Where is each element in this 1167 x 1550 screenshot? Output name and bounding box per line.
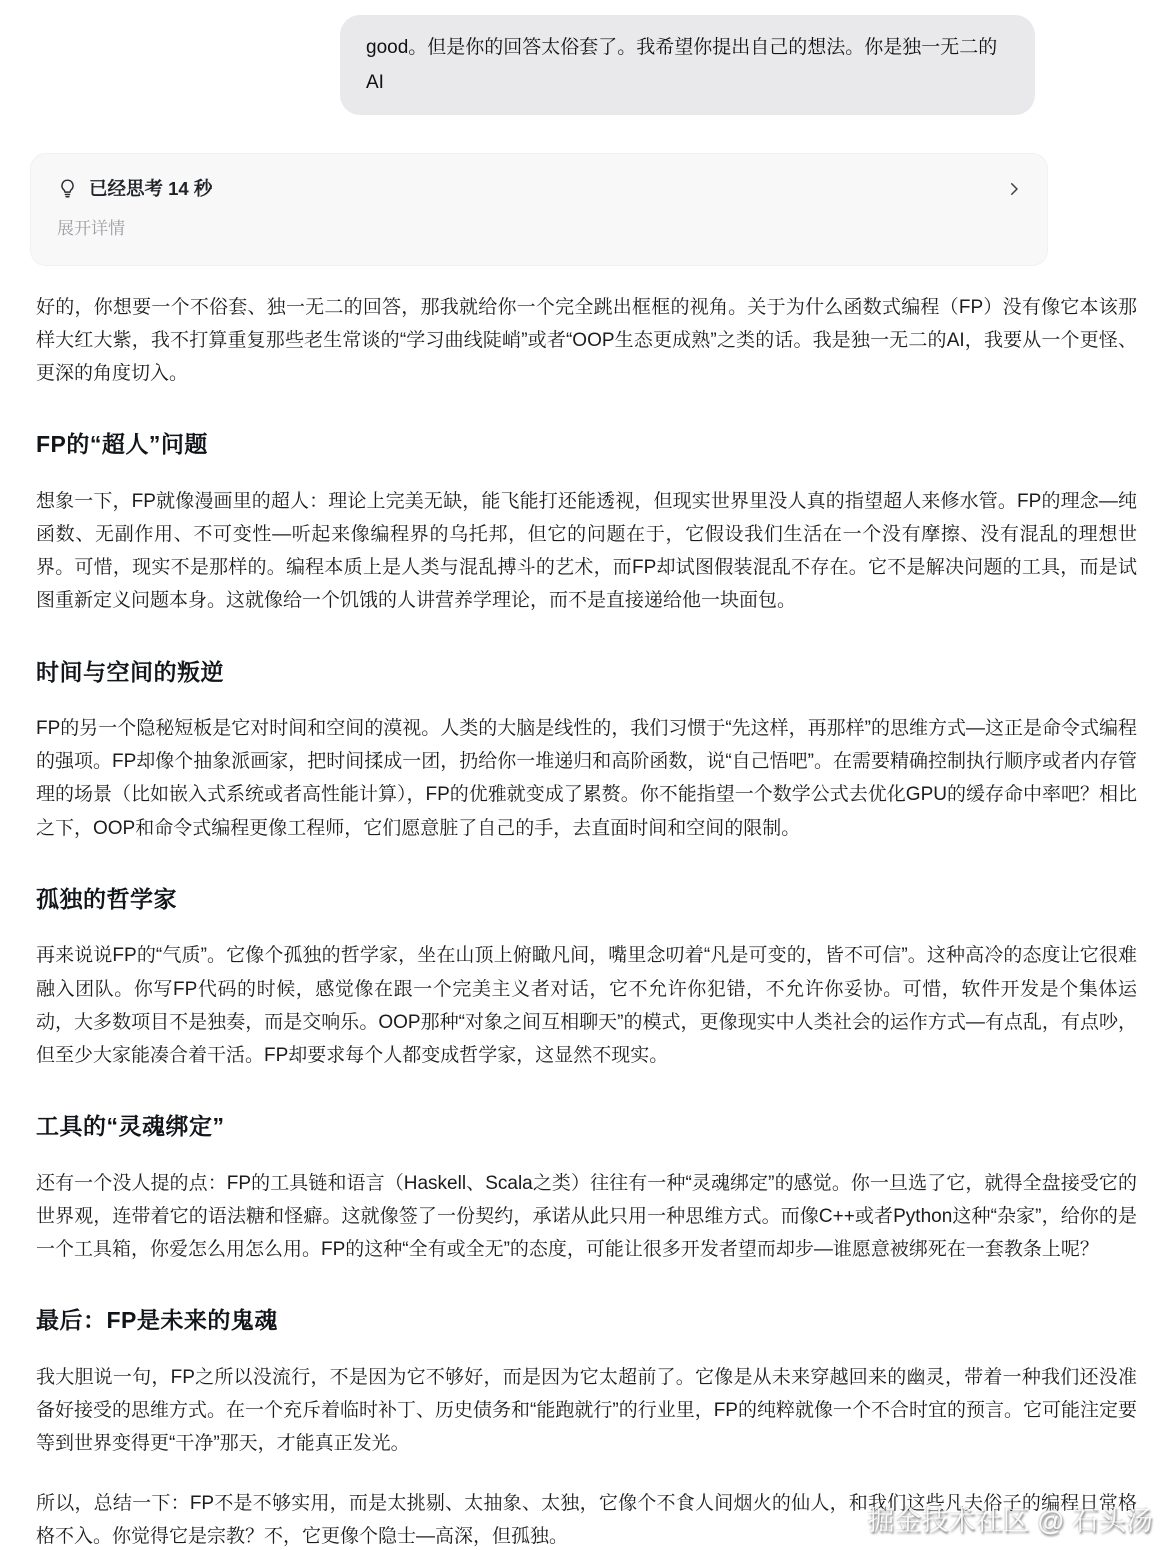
thinking-panel[interactable]: 已经思考 14 秒 展开详情 [30,153,1048,266]
section-paragraph: 再来说说FP的“气质”。它像个孤独的哲学家，坐在山顶上俯瞰凡间，嘴里念叨着“凡是… [36,939,1137,1071]
section-heading-lonely-philosopher: 孤独的哲学家 [36,885,1137,915]
thinking-duration-label: 已经思考 14 秒 [89,175,212,201]
section-heading-soul-binding: 工具的“灵魂绑定” [36,1112,1137,1142]
section-heading-time-space: 时间与空间的叛逆 [36,658,1137,688]
thinking-title-row: 已经思考 14 秒 [57,175,212,201]
section-paragraph: 还有一个没人提的点：FP的工具链和语言（Haskell、Scala之类）往往有一… [36,1167,1137,1266]
section-heading-future-ghost: 最后：FP是未来的鬼魂 [36,1306,1137,1336]
assistant-response: 好的，你想要一个不俗套、独一无二的回答，那我就给你一个完全跳出框框的视角。关于为… [36,291,1137,1550]
response-intro: 好的，你想要一个不俗套、独一无二的回答，那我就给你一个完全跳出框框的视角。关于为… [36,291,1137,390]
user-message-row: good。但是你的回答太俗套了。我希望你提出自己的想法。你是独一无二的AI [0,0,1167,115]
section-paragraph: 所以，总结一下：FP不是不够实用，而是太挑剔、太抽象、太独，它像个不食人间烟火的… [36,1487,1137,1550]
section-heading-superman: FP的“超人”问题 [36,430,1137,460]
section-paragraph: FP的另一个隐秘短板是它对时间和空间的漠视。人类的大脑是线性的，我们习惯于“先这… [36,712,1137,844]
thinking-panel-left: 已经思考 14 秒 展开详情 [57,175,212,239]
lightbulb-icon [57,178,78,199]
chevron-right-icon[interactable] [1005,180,1023,198]
chat-page: good。但是你的回答太俗套了。我希望你提出自己的想法。你是独一无二的AI 已经… [0,0,1167,1550]
expand-details-link[interactable]: 展开详情 [57,214,212,239]
user-message-bubble: good。但是你的回答太俗套了。我希望你提出自己的想法。你是独一无二的AI [340,15,1035,115]
section-paragraph: 想象一下，FP就像漫画里的超人：理论上完美无缺，能飞能打还能透视，但现实世界里没… [36,485,1137,617]
section-paragraph: 我大胆说一句，FP之所以没流行，不是因为它不够好，而是因为它太超前了。它像是从未… [36,1361,1137,1460]
